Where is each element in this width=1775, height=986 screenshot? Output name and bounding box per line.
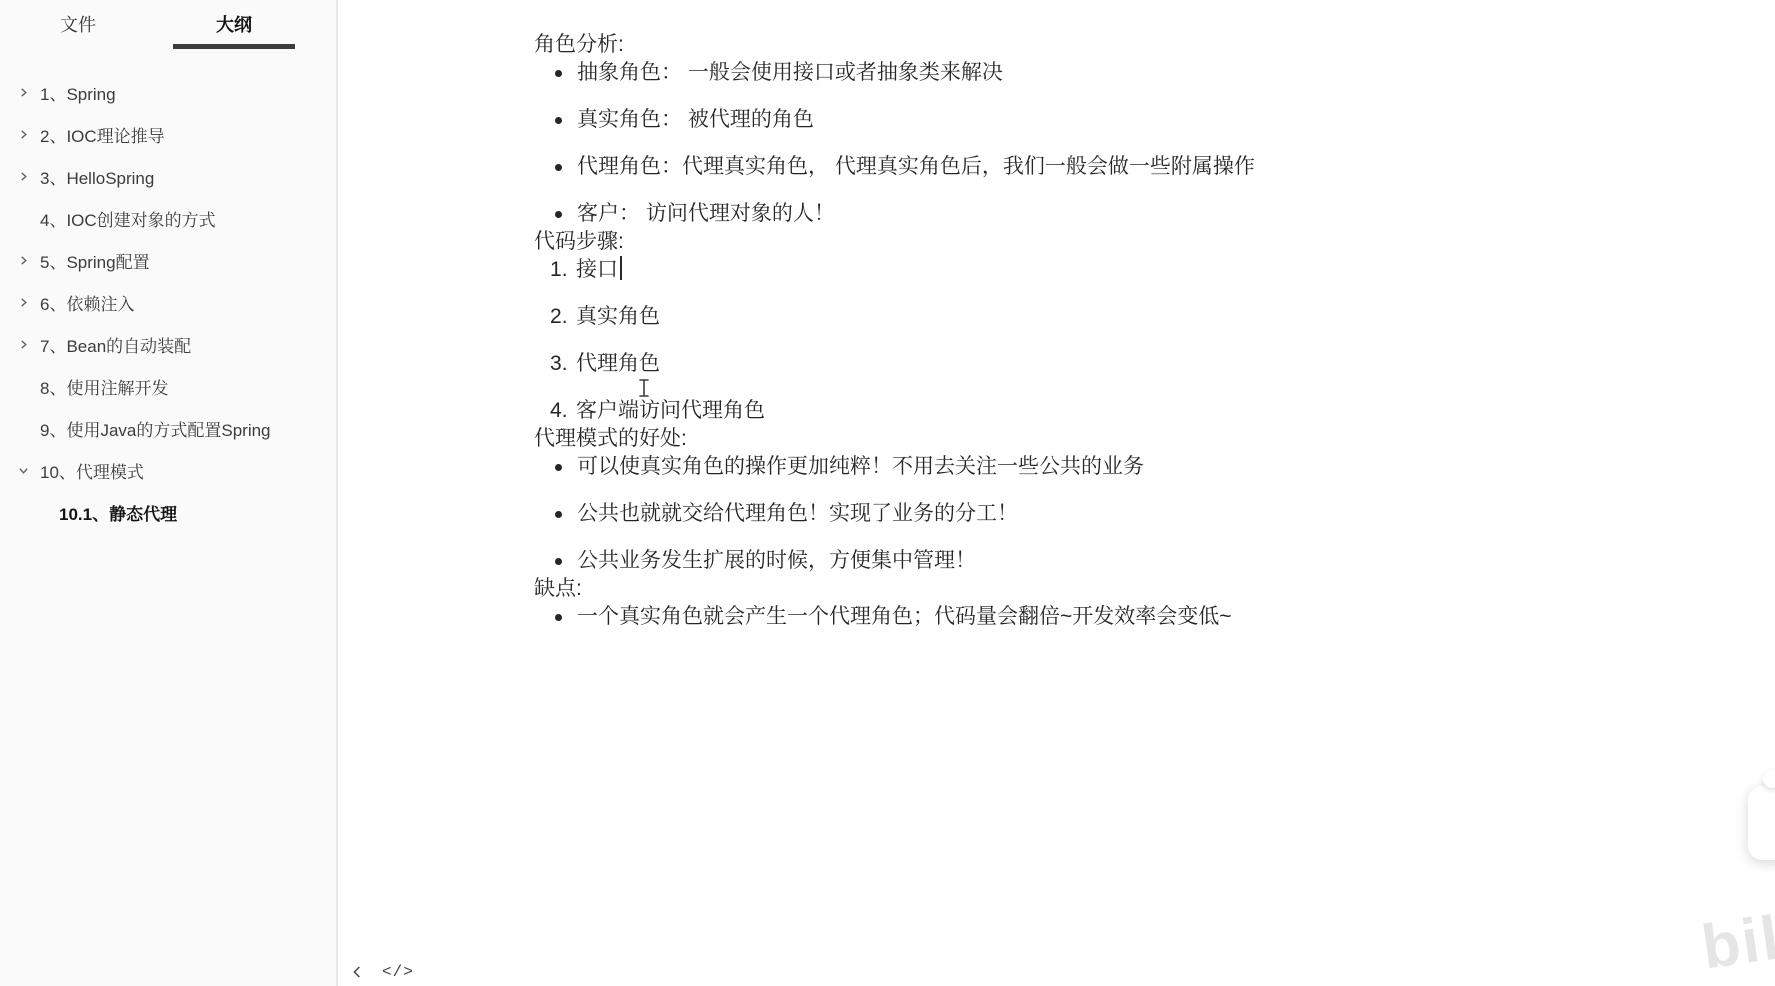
collapse-sidebar-button[interactable]: [350, 963, 365, 981]
chevron-right-icon[interactable]: [18, 84, 40, 100]
footer-toolbar: </>: [350, 963, 414, 981]
list-item: 一个真实角色就会产生一个代理角色；代码量会翻倍~开发效率会变低~: [534, 603, 1614, 631]
list-item: 客户端访问代理角色: [534, 397, 1614, 425]
code-steps-list: 接口 真实角色 代理角色 客户端访问代理角色: [534, 256, 1614, 425]
outline-item-spring[interactable]: 1、Spring: [0, 71, 336, 113]
outline-item-di[interactable]: 6、依赖注入: [0, 281, 336, 323]
outline-item-ioc-create[interactable]: 4、IOC创建对象的方式: [0, 197, 336, 239]
editor-area[interactable]: 角色分析: 抽象角色： 一般会使用接口或者抽象类来解决 真实角色： 被代理的角色…: [340, 0, 1775, 986]
active-tab-indicator: [173, 44, 295, 49]
list-item: 可以使真实角色的操作更加纯粹！不用去关注一些公共的业务: [534, 453, 1614, 481]
outline-item-label: 9、使用Java的方式配置Spring: [40, 416, 271, 441]
outline-list: 1、Spring 2、IOC理论推导 3、HelloSpring 4、IOC创建…: [0, 71, 336, 533]
outline-item-label: 5、Spring配置: [40, 248, 150, 273]
drawbacks-heading: 缺点:: [534, 575, 1614, 603]
chevron-down-icon[interactable]: [18, 462, 40, 478]
outline-item-spring-config[interactable]: 5、Spring配置: [0, 239, 336, 281]
list-item: 接口: [534, 256, 1614, 284]
source-code-icon: </>: [382, 963, 414, 981]
document-body[interactable]: 角色分析: 抽象角色： 一般会使用接口或者抽象类来解决 真实角色： 被代理的角色…: [534, 0, 1614, 631]
sidebar-tabs: 文件 大纲: [0, 0, 312, 49]
outline-item-annotation-dev[interactable]: 8、使用注解开发: [0, 365, 336, 407]
outline-item-label: 10.1、静态代理: [59, 500, 177, 525]
outline-item-proxy-pattern[interactable]: 10、代理模式: [0, 449, 336, 491]
code-steps-heading: 代码步骤:: [534, 228, 1614, 256]
outline-item-hellospring[interactable]: 3、HelloSpring: [0, 155, 336, 197]
outline-item-label: 2、IOC理论推导: [40, 122, 165, 147]
text-caret: [620, 256, 622, 280]
outline-item-label: 4、IOC创建对象的方式: [40, 206, 216, 231]
chevron-right-icon[interactable]: [18, 336, 40, 352]
outline-item-label: 7、Bean的自动装配: [40, 332, 191, 357]
outline-item-static-proxy[interactable]: 10.1、静态代理: [0, 491, 336, 533]
tab-files[interactable]: 文件: [0, 15, 156, 49]
list-item: 真实角色： 被代理的角色: [534, 106, 1614, 134]
list-item: 代理角色: [534, 350, 1614, 378]
outline-item-ioc-theory[interactable]: 2、IOC理论推导: [0, 113, 336, 155]
outline-item-label: 8、使用注解开发: [40, 374, 168, 399]
list-item: 真实角色: [534, 303, 1614, 331]
chevron-right-icon[interactable]: [18, 168, 40, 184]
benefits-list: 可以使真实角色的操作更加纯粹！不用去关注一些公共的业务 公共也就就交给代理角色！…: [534, 453, 1614, 575]
chevron-right-icon[interactable]: [18, 126, 40, 142]
list-item: 公共也就就交给代理角色！实现了业务的分工！: [534, 500, 1614, 528]
list-item: 客户： 访问代理对象的人！: [534, 200, 1614, 228]
outline-item-label: 10、代理模式: [40, 458, 144, 483]
chevron-right-icon[interactable]: [18, 294, 40, 310]
list-item: 公共业务发生扩展的时候，方便集中管理！: [534, 547, 1614, 575]
outline-item-label: 3、HelloSpring: [40, 164, 154, 189]
outline-item-label: 6、依赖注入: [40, 290, 134, 315]
tv-antenna-icon: [1763, 770, 1775, 788]
outline-item-label: 1、Spring: [40, 80, 116, 105]
sidebar: 文件 大纲 1、Spring 2、IOC理论推导 3、HelloSpring 4…: [0, 0, 338, 986]
list-item: 抽象角色： 一般会使用接口或者抽象类来解决: [534, 59, 1614, 87]
bilibili-tv-widget: [1748, 786, 1775, 860]
ibeam-cursor: [637, 378, 651, 403]
tab-outline[interactable]: 大纲: [156, 15, 312, 49]
tab-outline-label: 大纲: [216, 15, 252, 36]
step-text: 接口: [576, 258, 618, 281]
role-analysis-heading: 角色分析:: [534, 31, 1614, 59]
drawbacks-list: 一个真实角色就会产生一个代理角色；代码量会翻倍~开发效率会变低~: [534, 603, 1614, 631]
benefits-heading: 代理模式的好处:: [534, 425, 1614, 453]
source-code-mode-button[interactable]: </>: [382, 963, 414, 981]
tab-files-label: 文件: [60, 15, 96, 36]
chevron-right-icon[interactable]: [18, 252, 40, 268]
role-analysis-list: 抽象角色： 一般会使用接口或者抽象类来解决 真实角色： 被代理的角色 代理角色：…: [534, 59, 1614, 228]
outline-item-bean-autowire[interactable]: 7、Bean的自动装配: [0, 323, 336, 365]
bilibili-watermark: bili: [1698, 900, 1775, 984]
outline-item-java-config[interactable]: 9、使用Java的方式配置Spring: [0, 407, 336, 449]
list-item: 代理角色：代理真实角色， 代理真实角色后，我们一般会做一些附属操作: [534, 153, 1614, 181]
